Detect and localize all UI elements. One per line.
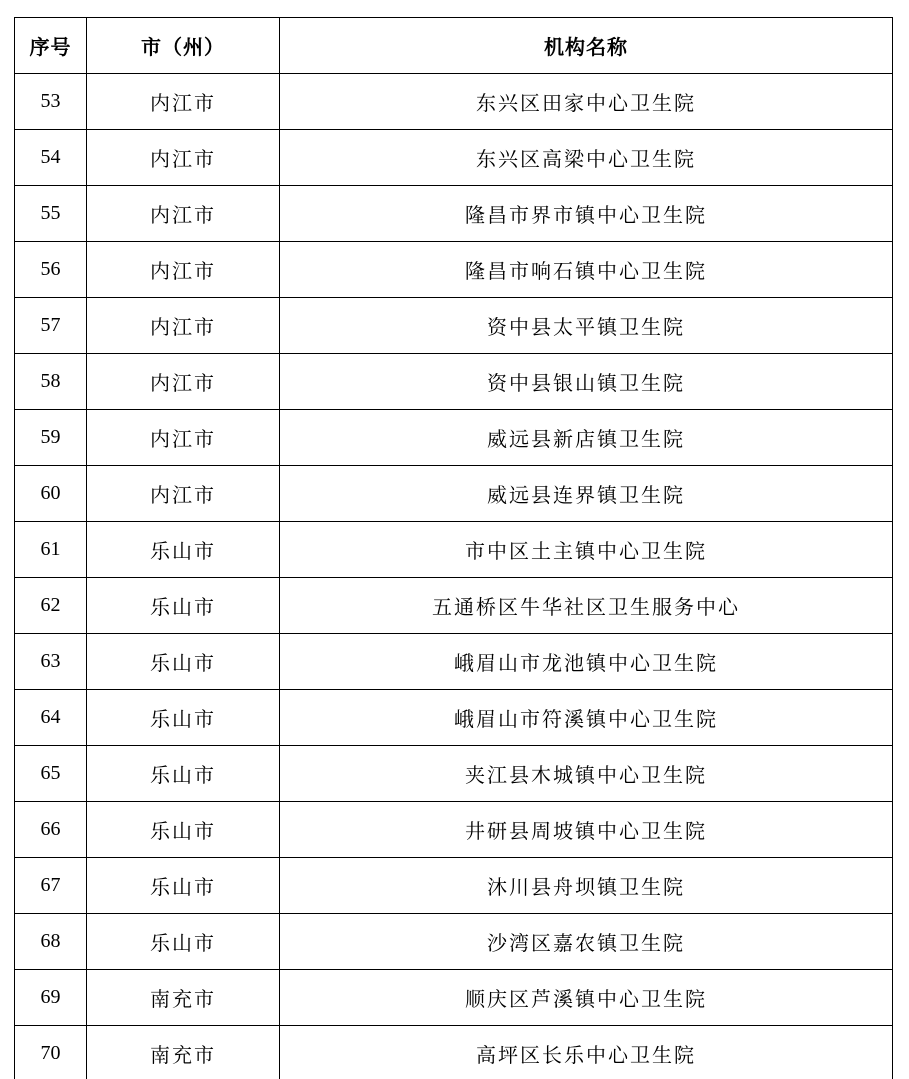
cell-city: 乐山市 [87,802,280,858]
cell-org: 威远县连界镇卫生院 [280,466,893,522]
cell-index: 69 [15,970,87,1026]
cell-city: 内江市 [87,130,280,186]
table-header: 序号 市（州） 机构名称 [15,18,893,74]
cell-org: 五通桥区牛华社区卫生服务中心 [280,578,893,634]
table-row: 68 乐山市 沙湾区嘉农镇卫生院 [15,914,893,970]
cell-city: 内江市 [87,186,280,242]
cell-city: 内江市 [87,298,280,354]
cell-city: 乐山市 [87,746,280,802]
cell-org: 市中区土主镇中心卫生院 [280,522,893,578]
cell-org: 顺庆区芦溪镇中心卫生院 [280,970,893,1026]
column-header-index: 序号 [15,18,87,74]
cell-org: 沐川县舟坝镇卫生院 [280,858,893,914]
cell-index: 55 [15,186,87,242]
header-row: 序号 市（州） 机构名称 [15,18,893,74]
cell-city: 内江市 [87,74,280,130]
cell-city: 乐山市 [87,858,280,914]
cell-org: 隆昌市响石镇中心卫生院 [280,242,893,298]
cell-index: 56 [15,242,87,298]
cell-city: 内江市 [87,354,280,410]
cell-index: 64 [15,690,87,746]
cell-index: 68 [15,914,87,970]
cell-city: 乐山市 [87,914,280,970]
cell-index: 67 [15,858,87,914]
table-row: 62 乐山市 五通桥区牛华社区卫生服务中心 [15,578,893,634]
cell-city: 乐山市 [87,690,280,746]
table-row: 65 乐山市 夹江县木城镇中心卫生院 [15,746,893,802]
cell-org: 夹江县木城镇中心卫生院 [280,746,893,802]
cell-index: 70 [15,1026,87,1079]
table-row: 70 南充市 高坪区长乐中心卫生院 [15,1026,893,1079]
cell-index: 60 [15,466,87,522]
cell-org: 井研县周坡镇中心卫生院 [280,802,893,858]
cell-city: 南充市 [87,970,280,1026]
cell-city: 内江市 [87,466,280,522]
cell-org: 东兴区高梁中心卫生院 [280,130,893,186]
cell-index: 66 [15,802,87,858]
cell-index: 57 [15,298,87,354]
cell-org: 隆昌市界市镇中心卫生院 [280,186,893,242]
document-page: 序号 市（州） 机构名称 53 内江市 东兴区田家中心卫生院 54 内江市 东兴… [0,0,909,1079]
cell-org: 峨眉山市符溪镇中心卫生院 [280,690,893,746]
cell-org: 高坪区长乐中心卫生院 [280,1026,893,1079]
table-row: 69 南充市 顺庆区芦溪镇中心卫生院 [15,970,893,1026]
table-row: 64 乐山市 峨眉山市符溪镇中心卫生院 [15,690,893,746]
table-row: 60 内江市 威远县连界镇卫生院 [15,466,893,522]
table-row: 55 内江市 隆昌市界市镇中心卫生院 [15,186,893,242]
cell-org: 峨眉山市龙池镇中心卫生院 [280,634,893,690]
table-row: 54 内江市 东兴区高梁中心卫生院 [15,130,893,186]
cell-city: 内江市 [87,410,280,466]
institutions-table: 序号 市（州） 机构名称 53 内江市 东兴区田家中心卫生院 54 内江市 东兴… [14,17,893,1079]
table-row: 63 乐山市 峨眉山市龙池镇中心卫生院 [15,634,893,690]
cell-org: 东兴区田家中心卫生院 [280,74,893,130]
cell-index: 58 [15,354,87,410]
table-row: 57 内江市 资中县太平镇卫生院 [15,298,893,354]
column-header-org: 机构名称 [280,18,893,74]
cell-index: 54 [15,130,87,186]
table-row: 66 乐山市 井研县周坡镇中心卫生院 [15,802,893,858]
table-row: 58 内江市 资中县银山镇卫生院 [15,354,893,410]
cell-city: 南充市 [87,1026,280,1079]
table-row: 61 乐山市 市中区土主镇中心卫生院 [15,522,893,578]
cell-org: 沙湾区嘉农镇卫生院 [280,914,893,970]
cell-city: 乐山市 [87,578,280,634]
table-row: 59 内江市 威远县新店镇卫生院 [15,410,893,466]
cell-city: 乐山市 [87,634,280,690]
cell-index: 61 [15,522,87,578]
cell-city: 乐山市 [87,522,280,578]
table-row: 53 内江市 东兴区田家中心卫生院 [15,74,893,130]
column-header-city: 市（州） [87,18,280,74]
cell-index: 65 [15,746,87,802]
cell-org: 资中县银山镇卫生院 [280,354,893,410]
table-row: 67 乐山市 沐川县舟坝镇卫生院 [15,858,893,914]
cell-city: 内江市 [87,242,280,298]
cell-org: 威远县新店镇卫生院 [280,410,893,466]
cell-index: 53 [15,74,87,130]
cell-org: 资中县太平镇卫生院 [280,298,893,354]
cell-index: 62 [15,578,87,634]
table-row: 56 内江市 隆昌市响石镇中心卫生院 [15,242,893,298]
table-body: 53 内江市 东兴区田家中心卫生院 54 内江市 东兴区高梁中心卫生院 55 内… [15,74,893,1079]
cell-index: 59 [15,410,87,466]
cell-index: 63 [15,634,87,690]
